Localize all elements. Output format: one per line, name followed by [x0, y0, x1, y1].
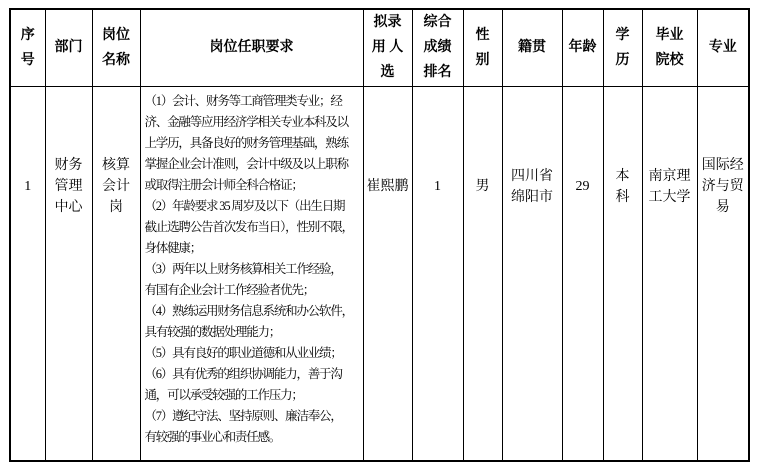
- gender-value: 男: [464, 87, 502, 287]
- header-major: 专业: [697, 9, 749, 86]
- header-job-requirements: 岗位任职要求: [140, 9, 363, 86]
- graduate-school-value: 南京理 工大学: [643, 87, 697, 287]
- candidate-name-value: 崔熙鹏: [364, 87, 412, 287]
- header-position-name: 岗位 名称: [92, 9, 140, 86]
- table-data-row: 1 财务 管理 中心 核算 会计 岗 （1）会计、财务等工商管理类专业；经 济、…: [10, 86, 749, 461]
- recruitment-table: 序 号 部门 岗位 名称 岗位任职要求 拟录 用 人 选 综合 成绩 排名 性 …: [9, 8, 750, 462]
- header-graduate-school: 毕业 院校: [642, 9, 697, 86]
- header-gender: 性 别: [463, 9, 502, 86]
- cell-seq-no: 1: [10, 86, 45, 461]
- education-value: 本 科: [604, 87, 642, 287]
- score-rank-value: 1: [413, 87, 463, 287]
- cell-job-requirements: （1）会计、财务等工商管理类专业；经 济、金融等应用经济学相关专业本科及以 上学…: [140, 86, 363, 461]
- cell-graduate-school: 南京理 工大学: [642, 86, 697, 461]
- table-header-row: 序 号 部门 岗位 名称 岗位任职要求 拟录 用 人 选 综合 成绩 排名 性 …: [10, 9, 749, 86]
- header-education: 学 历: [603, 9, 642, 86]
- seq-no-value: 1: [11, 87, 45, 287]
- header-native-place: 籍贯: [502, 9, 562, 86]
- cell-position-name: 核算 会计 岗: [92, 86, 140, 461]
- major-value: 国际经 济与贸 易: [698, 87, 749, 287]
- age-value: 29: [563, 87, 603, 287]
- cell-major: 国际经 济与贸 易: [697, 86, 749, 461]
- cell-candidate-name: 崔熙鹏: [363, 86, 412, 461]
- job-requirements-text: （1）会计、财务等工商管理类专业；经 济、金融等应用经济学相关专业本科及以 上学…: [141, 87, 363, 448]
- recruitment-table-container: 序 号 部门 岗位 名称 岗位任职要求 拟录 用 人 选 综合 成绩 排名 性 …: [9, 8, 750, 462]
- header-seq-no: 序 号: [10, 9, 45, 86]
- native-place-value: 四川省 绵阳市: [503, 87, 562, 287]
- cell-department: 财务 管理 中心: [45, 86, 92, 461]
- header-proposed-candidate: 拟录 用 人 选: [363, 9, 412, 86]
- department-value: 财务 管理 中心: [46, 87, 92, 287]
- header-department: 部门: [45, 9, 92, 86]
- cell-score-rank: 1: [412, 86, 463, 461]
- header-overall-score-rank: 综合 成绩 排名: [412, 9, 463, 86]
- cell-native-place: 四川省 绵阳市: [502, 86, 562, 461]
- cell-age: 29: [562, 86, 603, 461]
- position-name-value: 核算 会计 岗: [93, 87, 140, 287]
- cell-education: 本 科: [603, 86, 642, 461]
- header-age: 年龄: [562, 9, 603, 86]
- cell-gender: 男: [463, 86, 502, 461]
